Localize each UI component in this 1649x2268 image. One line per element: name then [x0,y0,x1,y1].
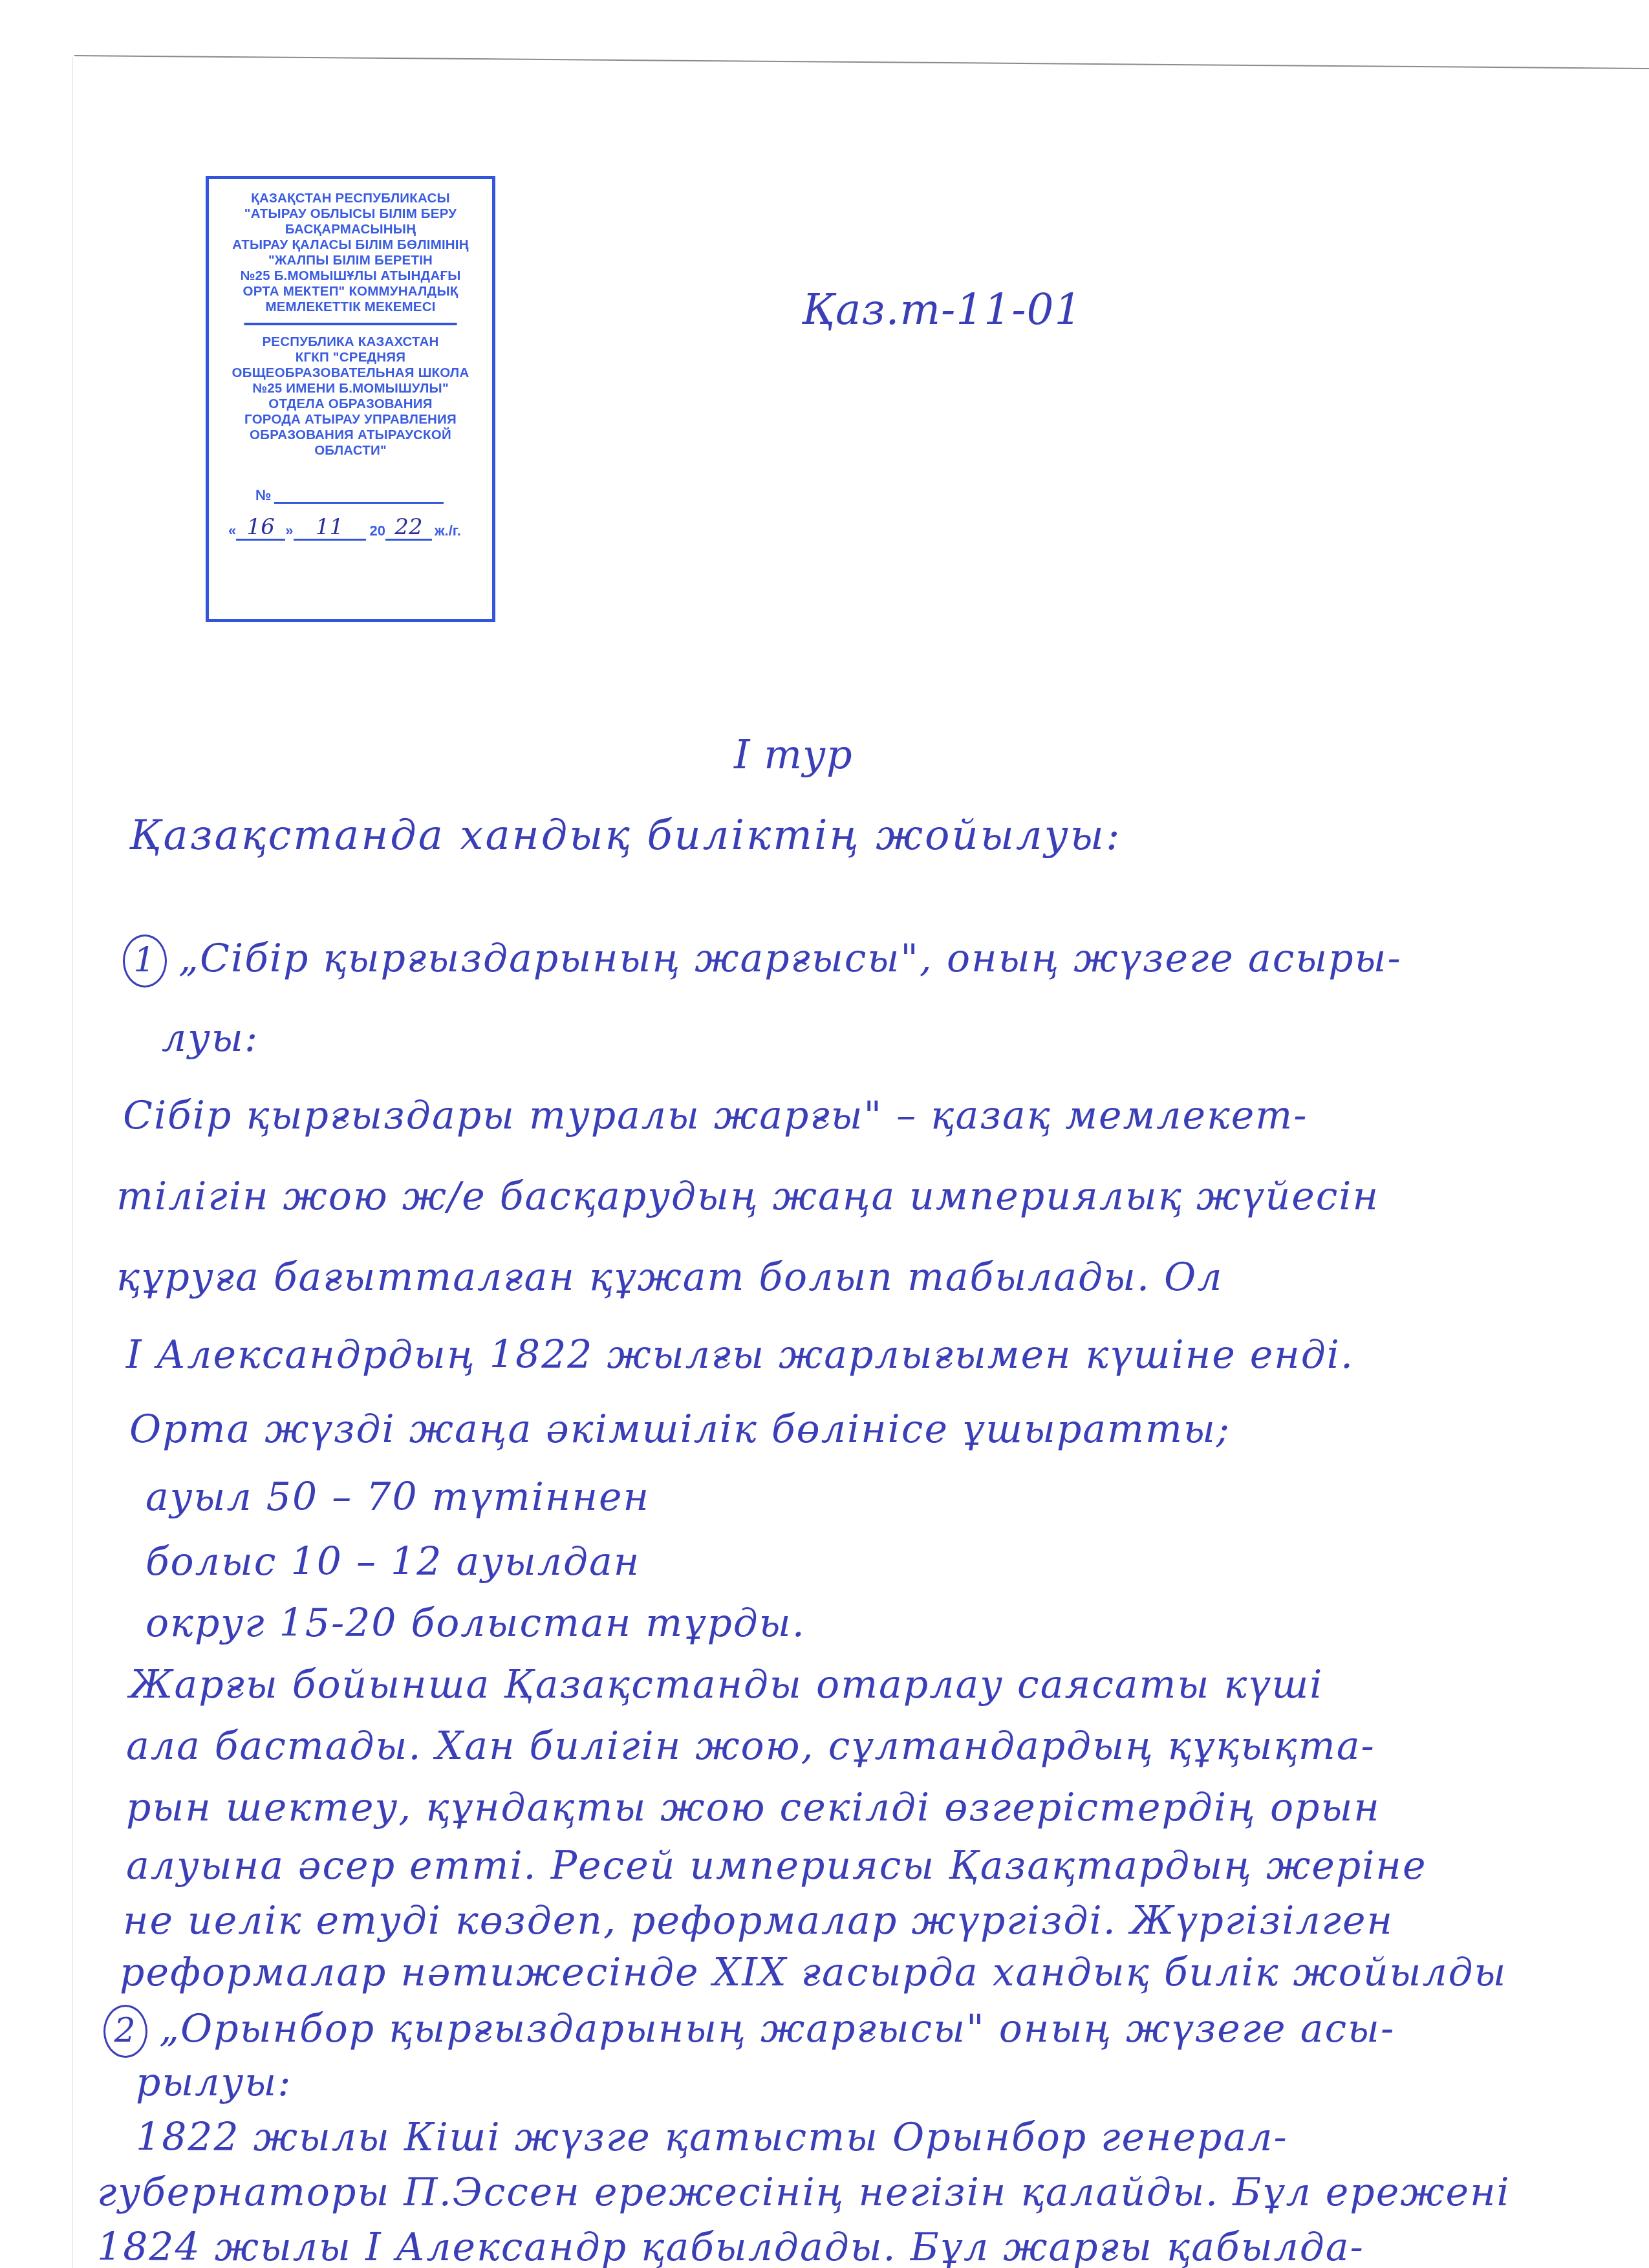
stamp-line-kz-5: "ЖАЛПЫ БІЛІМ БЕРЕТІН [209,253,492,268]
stamp-line-ru-8: ОБЛАСТИ" [209,443,492,459]
body-line-21: 1824 жылы I Александр қабылдады. Бұл жар… [97,2225,1364,2268]
body-line-11: Жарғы бойынша Қазақстанды отарлау саясат… [129,1662,1324,1707]
body-line-17: 2„Орынбор қырғыздарының жарғысы" оның жү… [103,2005,1395,2058]
stamp-line-ru-1: РЕСПУБЛИКА КАЗАХСТАН [209,334,492,350]
body-line-12: ала бастады. Хан билігін жою, сұлтандард… [126,1723,1375,1769]
stamp-line-ru-4: №25 ИМЕНИ Б.МОМЫШУЛЫ" [209,381,492,396]
stamp-number-blank [274,489,444,504]
paper-top-edge [74,55,1649,69]
stamp-date-row: « 16 » 11 20 22 ж./г. [209,515,492,541]
reference-code: Қаз.т-11-01 [802,285,1083,334]
body-line-15: не иелік етуді көздеп, реформалар жүргіз… [123,1898,1394,1943]
stamp-number-row: № [209,487,492,504]
body-line-3: Сібір қырғыздары туралы жарғы" – қазақ м… [123,1093,1308,1138]
stamp-line-kz-8: МЕМЛЕКЕТТІК МЕКЕМЕСІ [209,299,492,315]
stamp-line-kz-4: АТЫРАУ ҚАЛАСЫ БІЛІМ БӨЛІМІНІҢ [209,237,492,253]
section-number-1: 1 [123,934,167,988]
stamp-line-kz-6: №25 Б.МОМЫШҰЛЫ АТЫНДАҒЫ [209,268,492,284]
body-line-4: тілігін жою ж/е басқарудың жаңа империял… [116,1174,1379,1219]
body-line-20: губернаторы П.Эссен ережесінің негізін қ… [97,2170,1511,2215]
body-line-5: құруға бағытталған құжат болып табылады.… [116,1255,1223,1300]
school-stamp: ҚАЗАҚСТАН РЕСПУБЛИКАСЫ "АТЫРАУ ОБЛЫСЫ БІ… [206,176,495,622]
stamp-date-year-prefix: 20 [370,523,385,541]
stamp-line-kz-2: "АТЫРАУ ОБЛЫСЫ БІЛІМ БЕРУ [209,206,492,222]
body-line-9: болыс 10 – 12 ауылдан [145,1539,640,1584]
body-line-7: Орта жүзді жаңа әкімшілік бөлінiсе ұшыра… [129,1407,1231,1452]
stamp-line-ru-6: ГОРОДА АТЫРАУ УПРАВЛЕНИЯ [209,412,492,427]
body-line-13: рын шектеу, құндақты жою секілді өзгеріс… [126,1785,1381,1830]
stamp-line-ru-2: КГКП "СРЕДНЯЯ [209,350,492,365]
stamp-date-month: 11 [294,515,366,541]
stamp-line-kz-1: ҚАЗАҚСТАН РЕСПУБЛИКАСЫ [209,191,492,206]
stamp-divider [244,323,457,325]
body-line-1: 1„Сібір қырғыздарының жарғысы", оның жүз… [123,934,1402,988]
stamp-number-label: № [255,487,272,504]
body-line-19: 1822 жылы Кіші жүзге қатысты Орынбор ген… [136,2115,1288,2160]
stamp-date-unit: ж./г. [435,523,461,541]
paper-left-edge [72,57,73,2268]
body-line-10: округ 15-20 болыстан тұрды. [145,1601,806,1646]
body-line-2: луы: [162,1015,259,1061]
stamp-date-open-quote: « [228,523,236,541]
stamp-line-ru-5: ОТДЕЛА ОБРАЗОВАНИЯ [209,396,492,412]
body-line-18: рылуы: [136,2060,292,2105]
stamp-date-year-suffix: 22 [385,515,432,541]
body-line-text: „Сібір қырғыздарының жарғысы", оның жүзе… [178,936,1402,981]
body-line-8: ауыл 50 – 70 түтіннен [145,1474,650,1520]
body-line-text: „Орынбор қырғыздарының жарғысы" оның жүз… [159,2006,1395,2051]
body-line-6: I Александрдың 1822 жылғы жарлығымен күш… [126,1332,1354,1377]
stamp-line-kz-3: БАСҚАРМАСЫНЫҢ [209,222,492,237]
stamp-line-kz-7: ОРТА МЕКТЕП" КОММУНАЛДЫҚ [209,284,492,299]
stamp-line-ru-7: ОБРАЗОВАНИЯ АТЫРАУСКОЙ [209,427,492,443]
stamp-date-day: 16 [236,515,285,541]
tour-label: I тур [734,731,853,778]
stamp-date-close-quote: » [285,523,293,541]
body-line-14: алуына әсер етті. Ресей империясы Қазақт… [126,1843,1427,1888]
document-title: Қазақстанда хандық биліктің жойылуы: [129,812,1121,859]
stamp-line-ru-3: ОБЩЕОБРАЗОВАТЕЛЬНАЯ ШКОЛА [209,365,492,381]
body-line-16: реформалар нәтижесінде XIX ғасырда ханды… [120,1950,1507,1995]
section-number-2: 2 [103,2005,147,2058]
